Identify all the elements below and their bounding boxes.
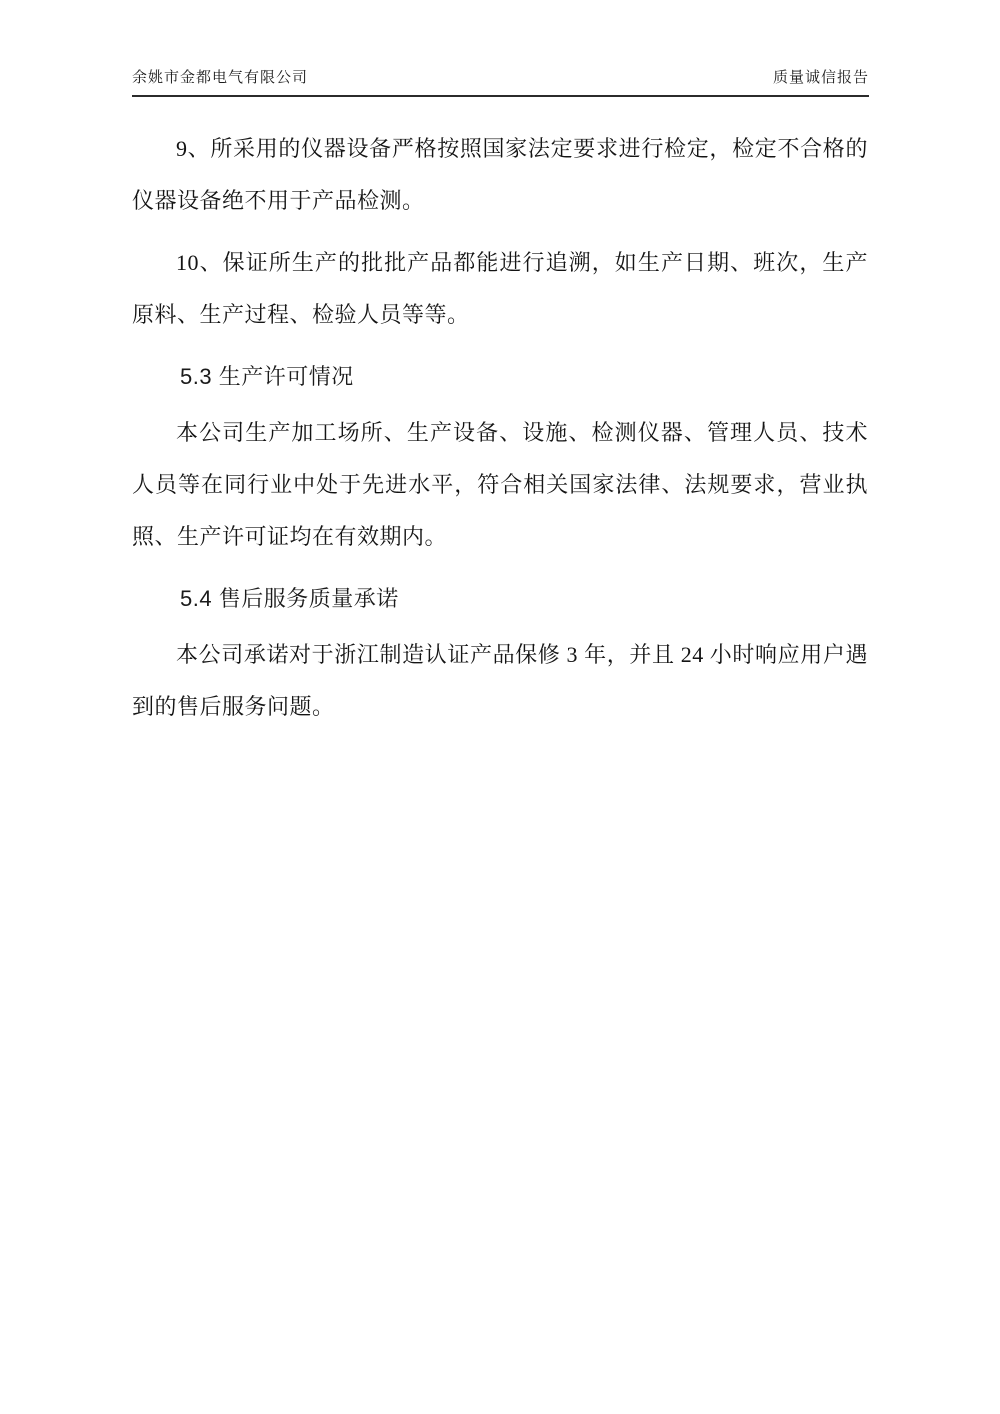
body-paragraph-production-license: 本公司生产加工场所、生产设备、设施、检测仪器、管理人员、技术人员等在同行业中处于…: [132, 407, 868, 563]
body-paragraph-item-10: 10、保证所生产的批批产品都能进行追溯，如生产日期、班次，生产原料、生产过程、检…: [132, 237, 868, 341]
body-paragraph-item-9: 9、所采用的仪器设备严格按照国家法定要求进行检定，检定不合格的仪器设备绝不用于产…: [132, 123, 868, 227]
header-report-title: 质量诚信报告: [773, 68, 869, 88]
section-heading-5-3: 5.3 生产许可情况: [132, 351, 868, 403]
body-paragraph-after-sales: 本公司承诺对于浙江制造认证产品保修 3 年，并且 24 小时响应用户遇到的售后服…: [132, 629, 868, 733]
section-heading-5-4: 5.4 售后服务质量承诺: [132, 573, 868, 625]
page-header: 余姚市金都电气有限公司 质量诚信报告: [132, 68, 869, 97]
document-page: 余姚市金都电气有限公司 质量诚信报告 9、所采用的仪器设备严格按照国家法定要求进…: [0, 0, 1000, 1414]
header-company-name: 余姚市金都电气有限公司: [132, 68, 308, 88]
document-body: 9、所采用的仪器设备严格按照国家法定要求进行检定，检定不合格的仪器设备绝不用于产…: [132, 123, 868, 743]
